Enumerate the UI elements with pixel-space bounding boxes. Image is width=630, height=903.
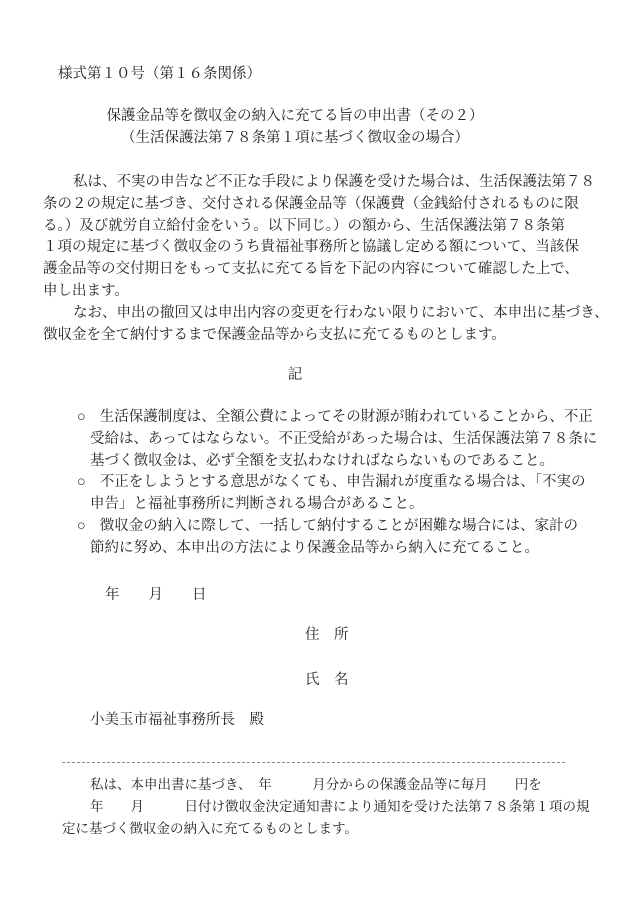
footer-line: 私は、本申出書に基づき、 年 月分からの保護金品等に毎月 円を (62, 774, 590, 796)
footer-line: 定に基づく徴収金の納入に充てるものとします。 (62, 818, 590, 840)
note-line: 基づく徴収金は、必ず全額を支払わなければならないものであること。 (77, 451, 597, 473)
footer-declaration: 私は、本申出書に基づき、 年 月分からの保護金品等に毎月 円を 年 月 日付け徴… (62, 774, 590, 839)
document-title: 保護金品等を徴収金の納入に充てる旨の申出書（その２） (0, 106, 590, 128)
note-line: 生活保護制度は、全額公費によってその財源が賄われていることから、不正 (100, 409, 593, 425)
section-divider (62, 762, 565, 763)
circle-bullet-icon: ○ (77, 518, 86, 534)
name-label: 氏 名 (305, 670, 349, 692)
paragraph-line: る。）及び就労自立給付金をいう。以下同じ。）の額から、生活保護法第７８条第 (43, 216, 609, 238)
footer-line: 年 月 日付け徴収金決定通知書により通知を受けた法第７８条第１項の規 (62, 796, 590, 818)
note-line: 徴収金の納入に際して、一括して納付することが困難な場合には、家計の (100, 518, 578, 534)
note-item: ○不正をしようとする意思がなくても、申告漏れが度重なる場合は、「不実の (77, 472, 597, 494)
paragraph-line: 私は、不実の申告など不正な手段により保護を受けた場合は、生活保護法第７８ (43, 172, 609, 194)
record-heading: 記 (0, 365, 590, 387)
paragraph-line: １項の規定に基づく徴収金のうち貴福祉事務所と協議し定める額について、当該保 (43, 237, 609, 259)
application-form-page: 様式第１０号（第１６条関係） 保護金品等を徴収金の納入に充てる旨の申出書（その２… (0, 0, 630, 903)
circle-bullet-icon: ○ (77, 474, 86, 490)
note-item: ○生活保護制度は、全額公費によってその財源が賄われていることから、不正 (77, 407, 597, 429)
form-number: 様式第１０号（第１６条関係） (58, 64, 261, 86)
paragraph-line: なお、申出の撤回又は申出内容の変更を行わない限りにおいて、本申出に基づき、 (43, 303, 609, 325)
note-line: 申告」と福祉事務所に判断される場合があること。 (77, 494, 597, 516)
paragraph-line: 申し出ます。 (43, 281, 609, 303)
note-line: 受給は、あってはならない。不正受給があった場合は、生活保護法第７８条に (77, 429, 597, 451)
note-item: ○徴収金の納入に際して、一括して納付することが困難な場合には、家計の (77, 516, 597, 538)
document-subtitle: （生活保護法第７８条第１項に基づく徴収金の場合） (0, 128, 590, 150)
note-line: 不正をしようとする意思がなくても、申告漏れが度重なる場合は、「不実の (100, 474, 586, 490)
paragraph-line: 護金品等の交付期日をもって支払に充てる旨を下記の内容について確認した上で、 (43, 259, 609, 281)
note-line: 節約に努め、本申出の方法により保護金品等から納入に充てること。 (77, 538, 597, 560)
addressee-line: 小美玉市福祉事務所長 殿 (90, 710, 264, 732)
paragraph-line: 徴収金を全て納付するまで保護金品等から支払に充てるものとします。 (43, 325, 609, 347)
notes-list: ○生活保護制度は、全額公費によってその財源が賄われていることから、不正 受給は、… (77, 407, 597, 560)
address-label: 住 所 (305, 625, 349, 647)
main-paragraph: 私は、不実の申告など不正な手段により保護を受けた場合は、生活保護法第７８ 条の２… (43, 172, 609, 346)
date-fill-in-line: 年 月 日 (105, 585, 207, 607)
circle-bullet-icon: ○ (77, 409, 86, 425)
paragraph-line: 条の２の規定に基づき、交付される保護金品等（保護費（金銭給付されるものに限 (43, 194, 609, 216)
